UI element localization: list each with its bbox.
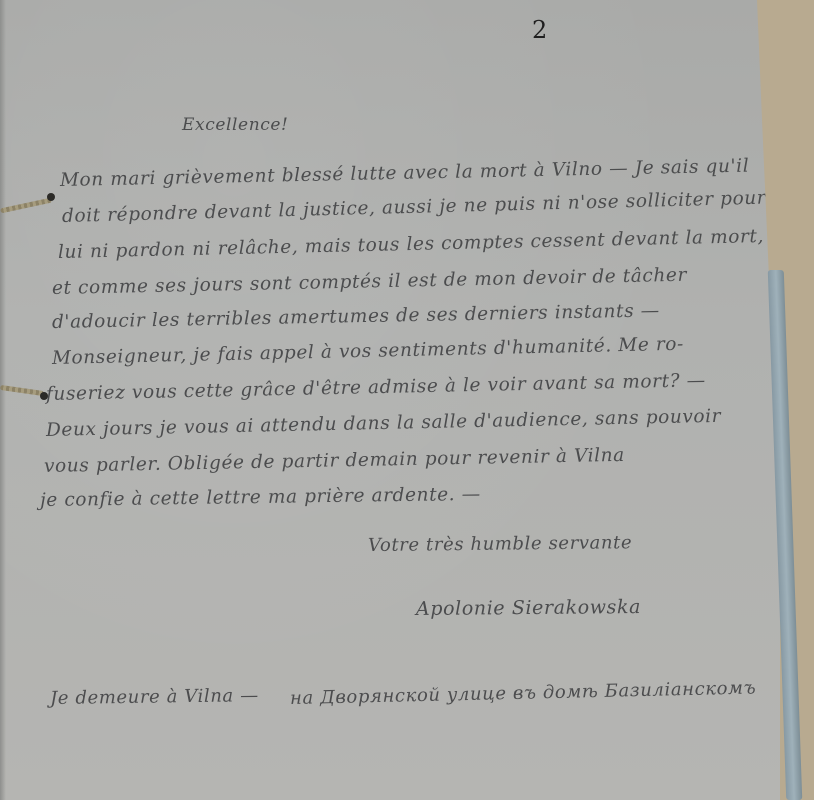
- closing: Votre très humble servante: [368, 532, 632, 556]
- body-line-1: Mon mari grièvement blessé lutte avec la…: [60, 156, 750, 191]
- body-line-10: je confie à cette lettre ma prière arden…: [40, 484, 481, 511]
- body-line-6: Monseigneur, je fais appel à vos sentime…: [52, 334, 684, 369]
- signature: Apolonie Sierakowska: [416, 596, 641, 620]
- body-line-2: doit répondre devant la justice, aussi j…: [62, 188, 767, 227]
- binding-knot-top: [47, 193, 55, 201]
- body-line-5: d'adoucir les terribles amertumes de ses…: [52, 300, 660, 333]
- page-edge-shadow: [0, 0, 6, 800]
- body-line-4: et comme ses jours sont comptés il est d…: [52, 265, 687, 299]
- binding-knot-bottom: [40, 392, 48, 400]
- body-line-3: lui ni pardon ni relâche, mais tous les …: [58, 226, 764, 263]
- body-line-8: Deux jours je vous ai attendu dans la sa…: [46, 406, 722, 441]
- document-photo: 2 Excellence! Mon mari grièvement blessé…: [0, 0, 814, 800]
- body-line-9: vous parler. Obligée de partir demain po…: [44, 445, 625, 477]
- body-line-7: fuseriez vous cette grâce d'être admise …: [46, 370, 706, 405]
- postscript-french: Je demeure à Vilna —: [50, 685, 259, 709]
- salutation: Excellence!: [182, 115, 288, 135]
- page-number: 2: [532, 16, 547, 44]
- letter-page: 2 Excellence! Mon mari grièvement blessé…: [0, 0, 780, 800]
- postscript-russian: на Дворянской улице въ домѣ Базиліанском…: [290, 677, 757, 709]
